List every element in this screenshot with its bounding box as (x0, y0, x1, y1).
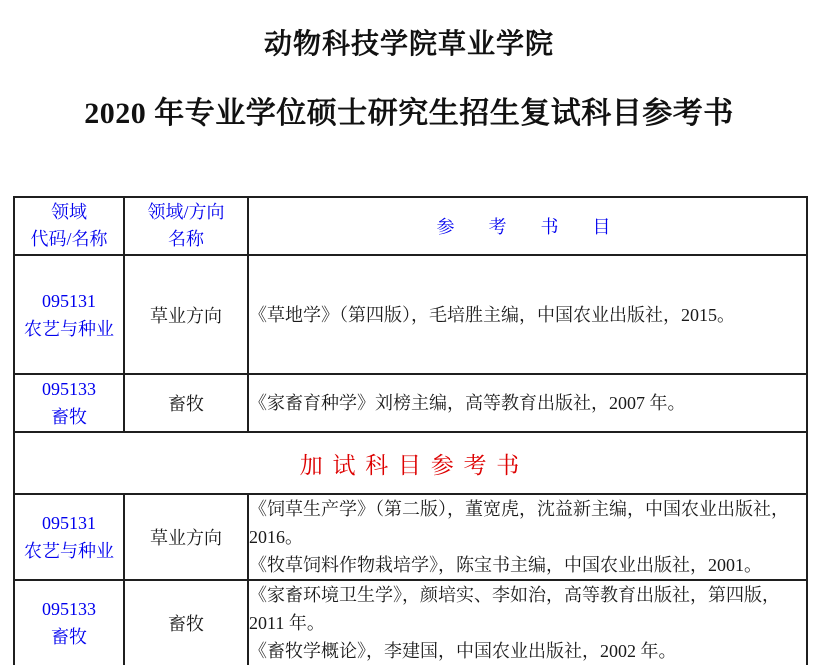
books-cell: 《家畜育种学》刘榜主编，高等教育出版社，2007 年。 (248, 374, 807, 432)
header-direction-name-line1: 领域/方向 (125, 199, 247, 226)
direction-cell: 草业方向 (124, 494, 248, 580)
domain-name: 农艺与种业 (15, 315, 123, 343)
header-direction-name-line2: 名称 (125, 226, 247, 253)
document-page: 动物科技学院草业学院 2020 年专业学位硕士研究生招生复试科目参考书 领域 代… (0, 22, 818, 665)
document-title-line1: 动物科技学院草业学院 (0, 22, 818, 62)
section-divider-row: 加 试 科 目 参 考 书 (14, 432, 807, 494)
domain-code: 095133 (15, 375, 123, 403)
domain-name: 农艺与种业 (15, 537, 123, 565)
domain-name: 畜牧 (15, 623, 123, 651)
table-header-row: 领域 代码/名称 领域/方向 名称 参 考 书 目 (14, 197, 807, 255)
book-entry: 《家畜育种学》刘榜主编，高等教育出版社，2007 年。 (249, 389, 806, 417)
book-entry: 《畜牧学概论》，李建国，中国农业出版社，2002 年。 (249, 637, 806, 665)
domain-code-cell: 095131 农艺与种业 (14, 255, 124, 374)
books-cell: 《饲草生产学》（第二版），董宽虎，沈益新主编，中国农业出版社，2016。 《牧草… (248, 494, 807, 580)
direction-cell: 畜牧 (124, 580, 248, 665)
book-entry: 《牧草饲料作物栽培学》，陈宝书主编，中国农业出版社，2001。 (249, 551, 806, 579)
table-row-095131-extra: 095131 农艺与种业 草业方向 《饲草生产学》（第二版），董宽虎，沈益新主编… (14, 494, 807, 580)
header-reference-books: 参 考 书 目 (248, 197, 807, 255)
book-entry: 《家畜环境卫生学》，颜培实、李如治，高等教育出版社，第四版，2011 年。 (249, 581, 806, 637)
books-cell: 《家畜环境卫生学》，颜培实、李如治，高等教育出版社，第四版，2011 年。 《畜… (248, 580, 807, 665)
direction-cell: 畜牧 (124, 374, 248, 432)
domain-code-cell: 095133 畜牧 (14, 580, 124, 665)
domain-code: 095133 (15, 595, 123, 623)
domain-code-cell: 095133 畜牧 (14, 374, 124, 432)
table-row-095131-main: 095131 农艺与种业 草业方向 《草地学》（第四版），毛培胜主编，中国农业出… (14, 255, 807, 374)
domain-code-cell: 095131 农艺与种业 (14, 494, 124, 580)
reference-books-table: 领域 代码/名称 领域/方向 名称 参 考 书 目 095131 农艺与种业 草… (13, 196, 808, 665)
book-entry: 《饲草生产学》（第二版），董宽虎，沈益新主编，中国农业出版社，2016。 (249, 495, 806, 551)
table-row-095133-main: 095133 畜牧 畜牧 《家畜育种学》刘榜主编，高等教育出版社，2007 年。 (14, 374, 807, 432)
table-row-095133-extra: 095133 畜牧 畜牧 《家畜环境卫生学》，颜培实、李如治，高等教育出版社，第… (14, 580, 807, 665)
direction-cell: 草业方向 (124, 255, 248, 374)
header-domain-code: 领域 代码/名称 (14, 197, 124, 255)
domain-code: 095131 (15, 509, 123, 537)
header-direction-name: 领域/方向 名称 (124, 197, 248, 255)
header-domain-code-line2: 代码/名称 (15, 226, 123, 253)
domain-name: 畜牧 (15, 403, 123, 431)
book-entry: 《草地学》（第四版），毛培胜主编，中国农业出版社，2015。 (249, 301, 806, 329)
section-divider-title: 加 试 科 目 参 考 书 (14, 432, 807, 494)
document-title-line2: 2020 年专业学位硕士研究生招生复试科目参考书 (0, 88, 818, 132)
header-domain-code-line1: 领域 (15, 199, 123, 226)
books-cell: 《草地学》（第四版），毛培胜主编，中国农业出版社，2015。 (248, 255, 807, 374)
domain-code: 095131 (15, 287, 123, 315)
